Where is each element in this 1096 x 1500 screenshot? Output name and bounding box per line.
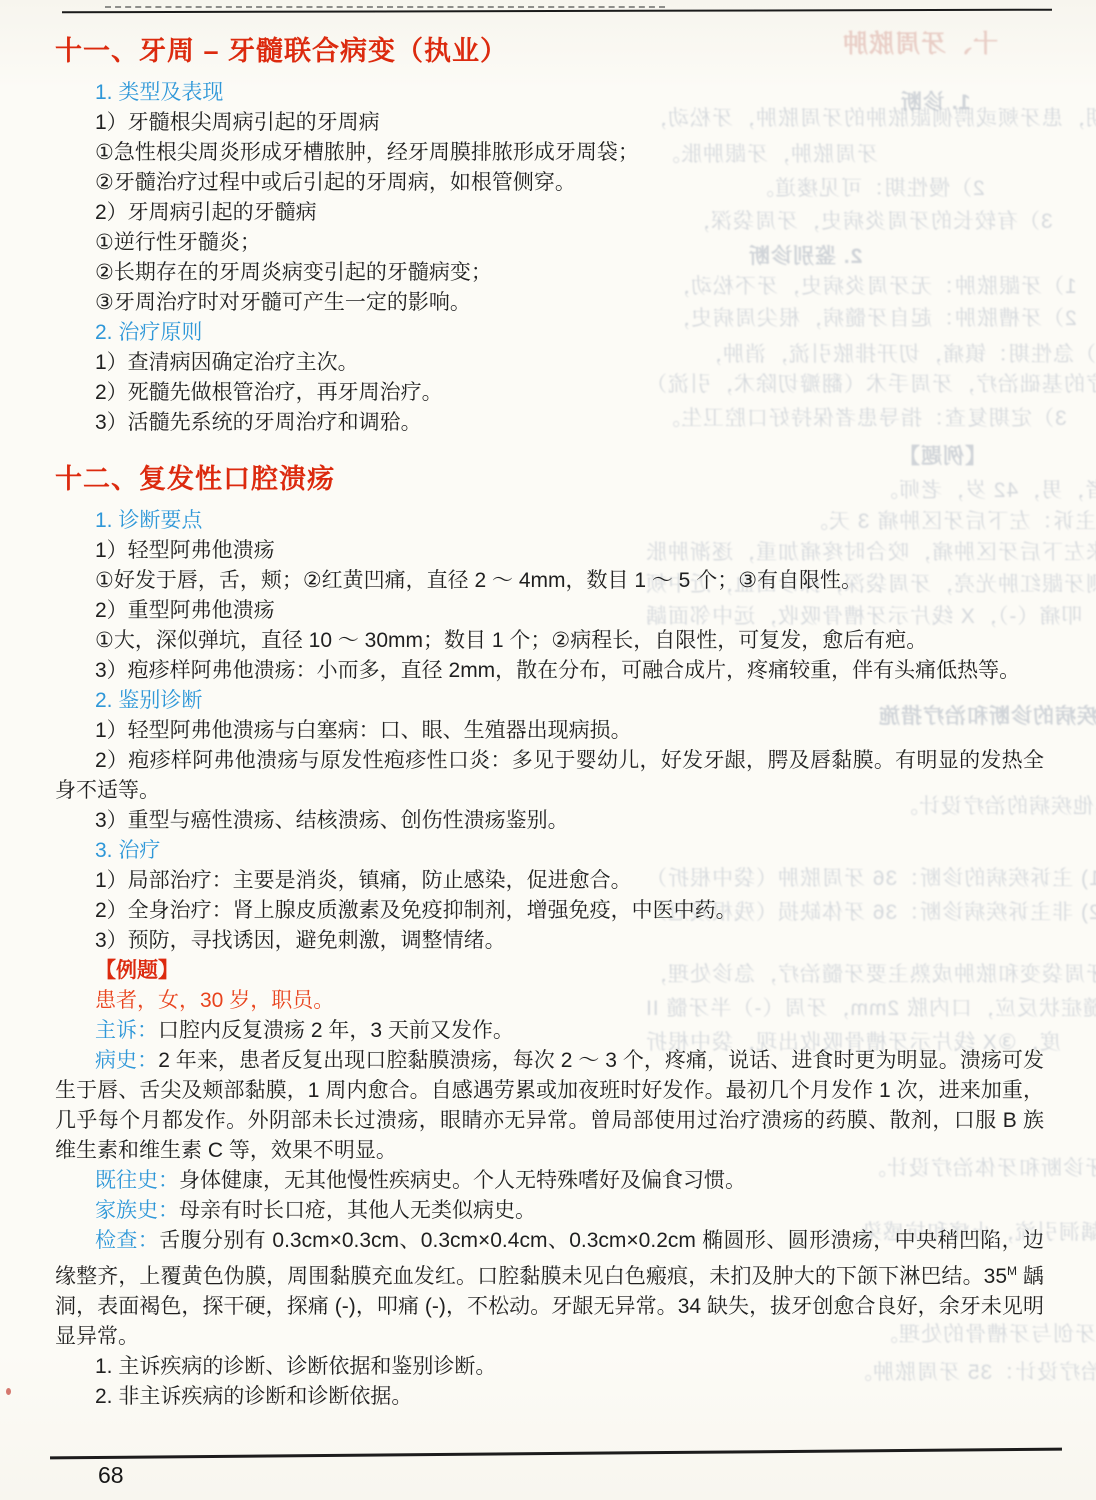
field-label: 病史： bbox=[95, 1049, 158, 1072]
section-title-11: 十一、牙周 – 牙髓联合病变（执业） bbox=[55, 34, 1044, 68]
chief-complaint: 主诉：口腔内反复溃疡 2 年，3 天前又发作。 bbox=[55, 1016, 1044, 1046]
text-line: ②长期存在的牙周炎病变引起的牙髓病变； bbox=[95, 258, 1044, 288]
text-line: 1）轻型阿弗他溃疡与白塞病：口、眼、生殖器出现病损。 bbox=[95, 716, 1044, 746]
example-patient-line: 患者，女，30 岁，职员。 bbox=[95, 986, 1044, 1016]
subsection-heading: 2. 鉴别诊断 bbox=[95, 686, 1044, 716]
text-line: 1）局部治疗：主要是消炎，镇痛，防止感染，促进愈合。 bbox=[95, 866, 1044, 896]
field-text: 舌腹分别有 0.3cm×0.3cm、0.3cm×0.4cm、0.3cm×0.2c… bbox=[55, 1229, 1044, 1288]
scanned-textbook-page: 十、牙周脓肿 1. 诊断 （1）急性期，患牙颊或腭侧龈脓肿的牙周脓肿，牙松动， … bbox=[0, 0, 1096, 1500]
text-line: 1）牙髓根尖周病引起的牙周病 bbox=[95, 108, 1044, 138]
field-label: 检查： bbox=[95, 1229, 159, 1252]
question-line: 2. 非主诉疾病的诊断和诊断依据。 bbox=[95, 1382, 1044, 1412]
page-content: 十一、牙周 – 牙髓联合病变（执业） 1. 类型及表现 1）牙髓根尖周病引起的牙… bbox=[55, 34, 1044, 1412]
text-line: 1）查清病因确定治疗主次。 bbox=[95, 348, 1044, 378]
examination: 检查：舌腹分别有 0.3cm×0.3cm、0.3cm×0.4cm、0.3cm×0… bbox=[55, 1226, 1044, 1352]
family-history: 家族史：母亲有时长口疮，其他人无类似病史。 bbox=[55, 1196, 1044, 1226]
field-text: 口腔内反复溃疡 2 年，3 天前又发作。 bbox=[158, 1019, 514, 1042]
subsection-heading: 2. 治疗原则 bbox=[95, 318, 1044, 348]
text-line: 3）活髓先系统的牙周治疗和调𬌗。 bbox=[95, 408, 1044, 438]
subsection-heading: 3. 治疗 bbox=[95, 836, 1044, 866]
text-line: ①逆行性牙髓炎； bbox=[95, 228, 1044, 258]
text-line: 2）死髓先做根管治疗，再牙周治疗。 bbox=[95, 378, 1044, 408]
field-text: 2 年来，患者反复出现口腔黏膜溃疡，每次 2 ～ 3 个，疼痛，说话、进食时更为… bbox=[55, 1049, 1044, 1162]
subsection-heading: 1. 诊断要点 bbox=[95, 506, 1044, 536]
text-line: ②牙髓治疗过程中或后引起的牙周病，如根管侧穿。 bbox=[95, 168, 1044, 198]
example-heading: 【例题】 bbox=[95, 956, 1044, 986]
subsection-heading: 1. 类型及表现 bbox=[95, 78, 1044, 108]
tooth-notation-superscript: M bbox=[1007, 1264, 1017, 1278]
field-text: 母亲有时长口疮，其他人无类似病史。 bbox=[179, 1199, 536, 1222]
field-label: 家族史： bbox=[95, 1199, 179, 1222]
text-line: 3）预防，寻找诱因，避免刺激，调整情绪。 bbox=[95, 926, 1044, 956]
field-label: 既往史： bbox=[95, 1169, 179, 1192]
text-paragraph: 2）疱疹样阿弗他溃疡与原发性疱疹性口炎：多见于婴幼儿，好发牙龈，腭及唇黏膜。有明… bbox=[55, 746, 1044, 806]
text-line: 2）牙周病引起的牙髓病 bbox=[95, 198, 1044, 228]
text-line: 2）全身治疗：肾上腺皮质激素及免疫抑制剂，增强免疫，中医中药。 bbox=[95, 896, 1044, 926]
field-label: 主诉： bbox=[95, 1019, 158, 1042]
paragraph-text: 2）疱疹样阿弗他溃疡与原发性疱疹性口炎：多见于婴幼儿，好发牙龈，腭及唇黏膜。有明… bbox=[55, 749, 1044, 802]
text-line: ①大，深似弹坑，直径 10 ～ 30mm；数目 1 个；②病程长，自限性，可复发… bbox=[95, 626, 1044, 656]
section-title-12: 十二、复发性口腔溃疡 bbox=[55, 462, 1044, 496]
question-line: 1. 主诉疾病的诊断、诊断依据和鉴别诊断。 bbox=[95, 1352, 1044, 1382]
text-line: 3）重型与癌性溃疡、结核溃疡、创伤性溃疡鉴别。 bbox=[95, 806, 1044, 836]
text-line: ③牙周治疗时对牙髓可产生一定的影响。 bbox=[95, 288, 1044, 318]
text-line: 3）疱疹样阿弗他溃疡：小而多，直径 2mm，散在分布，可融合成片，疼痛较重，伴有… bbox=[95, 656, 1044, 686]
past-history: 既往史：身体健康，无其他慢性疾病史。个人无特殊嗜好及偏食习惯。 bbox=[55, 1166, 1044, 1196]
text-line: ①好发于唇，舌，颊；②红黄凹痛，直径 2 ～ 4mm，数目 1 ～ 5 个；③有… bbox=[95, 566, 1044, 596]
medical-history: 病史：2 年来，患者反复出现口腔黏膜溃疡，每次 2 ～ 3 个，疼痛，说话、进食… bbox=[55, 1046, 1044, 1166]
text-line: 1）轻型阿弗他溃疡 bbox=[95, 536, 1044, 566]
field-text: 身体健康，无其他慢性疾病史。个人无特殊嗜好及偏食习惯。 bbox=[179, 1169, 746, 1192]
text-line: 2）重型阿弗他溃疡 bbox=[95, 596, 1044, 626]
text-line: ①急性根尖周炎形成牙槽脓肿，经牙周膜排脓形成牙周袋； bbox=[95, 138, 1044, 168]
